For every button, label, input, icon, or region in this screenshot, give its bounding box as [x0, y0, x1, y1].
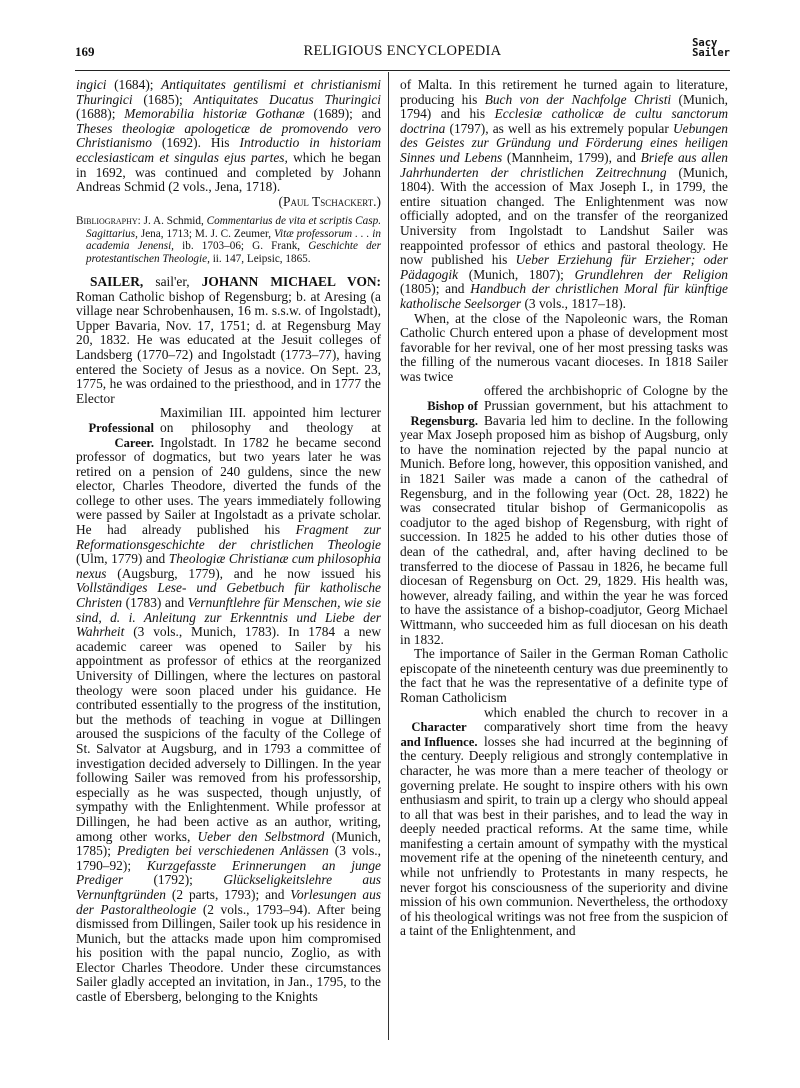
- article-sailer: SAILER, sail'er, JOHANN MICHAEL VON: Rom…: [76, 275, 381, 406]
- text: (1797), as well as his extremely popular: [445, 121, 673, 136]
- page-header: 169 RELIGIOUS ENCYCLOPEDIA Sacy Sailer: [75, 38, 730, 62]
- running-head: RELIGIOUS ENCYCLOPEDIA: [75, 43, 730, 60]
- paragraph-character-cont: Character and Influence.which enabled th…: [400, 706, 728, 940]
- column-divider: [388, 72, 389, 1040]
- work-title: Ueber den Selbstmord: [198, 829, 325, 844]
- text: (3 vols., 1817–18).: [521, 296, 626, 311]
- text: (1792);: [123, 872, 223, 887]
- sidenote-bishop-of-regensburg: Bishop of Regensburg.: [400, 399, 478, 428]
- text: (1685);: [133, 92, 194, 107]
- work-title: Memorabilia historiæ Gothanæ: [124, 106, 304, 121]
- text: (Mannheim, 1799), and: [502, 150, 640, 165]
- paragraph-bishop-cont: Bishop of Regensburg.offered the archbis…: [400, 384, 728, 647]
- sidenote-character-and-influence: Character and Influence.: [400, 720, 478, 749]
- text: (1689); and: [305, 106, 381, 121]
- work-title: Buch von der Nachfolge Christi: [485, 92, 671, 107]
- text: (1783) and: [122, 595, 188, 610]
- paragraph-later-works: of Malta. In this retirement he turned a…: [400, 78, 728, 312]
- text: (Augsburg, 1779), and he now issued his: [107, 566, 382, 581]
- text: ii. 147, Leipsic, 1865.: [210, 253, 311, 265]
- work-title: ingici: [76, 77, 107, 92]
- text: (1805); and: [400, 281, 470, 296]
- text: (3 vols., Munich, 1783). In 1784 a new a…: [76, 624, 381, 843]
- catchwords: Sacy Sailer: [692, 38, 730, 58]
- text: J. A. Schmid,: [141, 215, 207, 227]
- headword: SAILER,: [90, 274, 143, 289]
- catchword-last: Sailer: [692, 47, 730, 59]
- text: (2 vols., 1793–94). After being dismisse…: [76, 902, 381, 1005]
- paragraph-bishop: When, at the close of the Napoleonic war…: [400, 312, 728, 385]
- work-title: Antiquitates Ducatus Thuringici: [194, 92, 381, 107]
- text: (2 parts, 1793); and: [166, 887, 290, 902]
- previous-article-tail: ingici (1684); Antiquitates gentilismi e…: [76, 78, 381, 209]
- bibliography-label: Bibliography:: [76, 215, 141, 227]
- header-rule: [75, 70, 730, 71]
- full-name: JOHANN MICHAEL VON:: [202, 274, 381, 289]
- paragraph-character: The importance of Sailer in the German R…: [400, 647, 728, 705]
- article-sailer-cont: Professional Career.Maximilian III. appo…: [76, 406, 381, 1004]
- text: (1692). His: [152, 135, 240, 150]
- author-signature: (Paul Tschackert.): [76, 195, 381, 210]
- text: When, at the close of the Napoleonic war…: [400, 311, 728, 384]
- text: (Munich, 1807);: [458, 267, 575, 282]
- sidenote-professional-career: Professional Career.: [76, 421, 154, 450]
- text: Roman Catholic bishop of Regensburg; b. …: [76, 289, 381, 406]
- text: (1684);: [107, 77, 162, 92]
- text: (1688);: [76, 106, 124, 121]
- left-column: ingici (1684); Antiquitates gentilismi e…: [76, 78, 381, 1005]
- text: Jena, 1713; M. J. C. Zeumer,: [138, 228, 274, 240]
- bibliography: Bibliography: J. A. Schmid, Commentarius…: [76, 215, 381, 265]
- text: (Ulm, 1779) and: [76, 551, 169, 566]
- right-column: of Malta. In this retirement he turned a…: [400, 78, 728, 939]
- pronunciation: sail'er,: [143, 274, 202, 289]
- work-title: Grundlehren der Religion: [575, 267, 728, 282]
- text: The importance of Sailer in the German R…: [400, 646, 728, 705]
- text: ib. 1703–06; G. Frank,: [174, 240, 308, 252]
- work-title: Predigten bei verschiedenen Anlässen: [117, 843, 329, 858]
